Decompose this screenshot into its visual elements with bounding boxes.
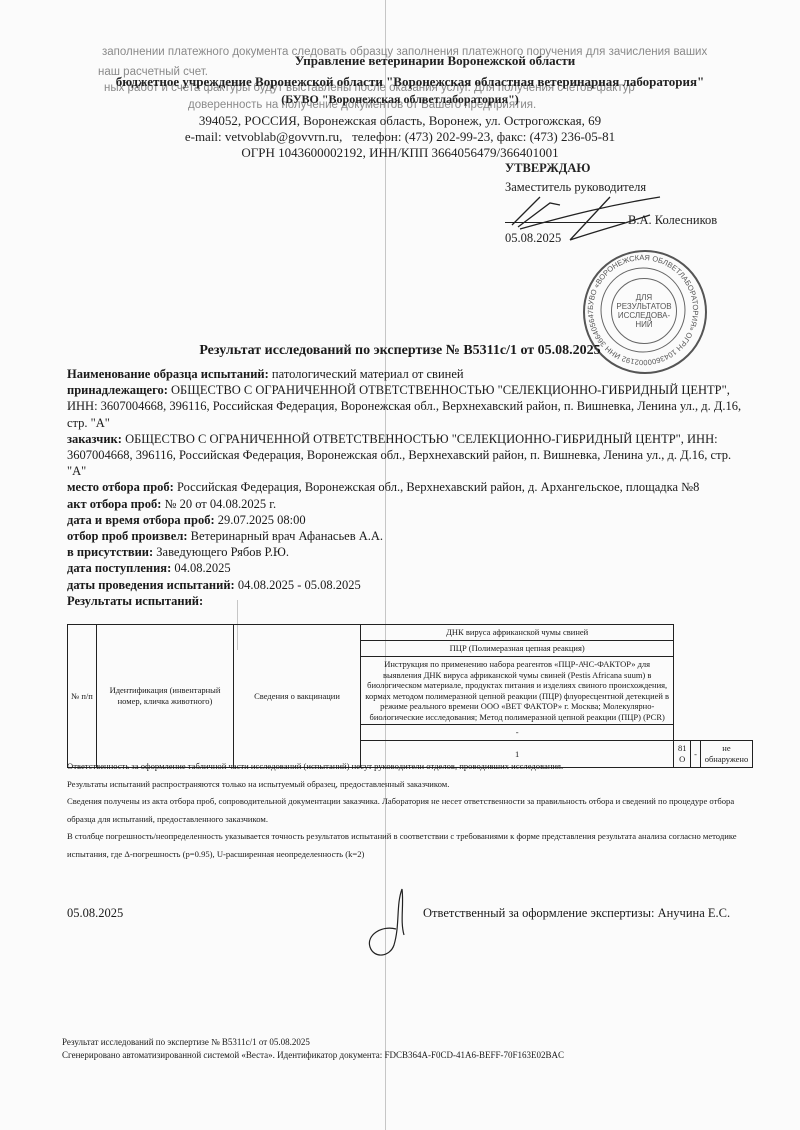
field-presence: в присутствии: Заведующего Рябов Р.Ю. <box>67 544 747 560</box>
document-page: заполнении платежного документа следоват… <box>0 0 800 1130</box>
field-results-heading: Результаты испытаний: <box>67 593 747 609</box>
approve-label: УТВЕРЖДАЮ <box>505 161 590 176</box>
field-test-dates: даты проведения испытаний: 04.08.2025 - … <box>67 577 747 593</box>
stamp-inner-text: ДЛЯ РЕЗУЛЬТАТОВ ИССЛЕДОВА- НИЙ <box>611 278 677 344</box>
email-label: e-mail: <box>185 129 222 144</box>
email-link[interactable]: vetvoblab@govvrn.ru, <box>225 129 342 144</box>
document-title: Результат исследований по экспертизе № В… <box>0 343 800 359</box>
field-customer: заказчик: ОБЩЕСТВО С ОГРАНИЧЕННОЙ ОТВЕТС… <box>67 431 747 480</box>
sample-info: Наименование образца испытаний: патологи… <box>67 366 747 609</box>
field-receipt-date: дата поступления: 04.08.2025 <box>67 560 747 576</box>
notes-block: Ответственность за оформление табличной … <box>67 758 757 863</box>
field-sample-name: Наименование образца испытаний: патологи… <box>67 366 747 382</box>
footer-title: Результат исследований по экспертизе № В… <box>62 1036 564 1049</box>
note: Результаты испытаний распространяются то… <box>67 776 757 794</box>
signoff-date: 05.08.2025 <box>67 906 123 921</box>
col-header-test-name: ДНК вируса африканской чумы свиней <box>361 625 674 641</box>
org-ogrn: ОГРН 1043600002192, ИНН/КПП 3664056479/3… <box>0 145 800 161</box>
field-owner: принадлежащего: ОБЩЕСТВО С ОГРАНИЧЕННОЙ … <box>67 382 747 431</box>
org-short-name: (БУВО "Воронежская облветлаборатория") <box>0 92 800 107</box>
col-header-uncertainty: - <box>361 725 674 741</box>
document-footer: Результат исследований по экспертизе № В… <box>62 1036 564 1062</box>
col-header-vaccination: Сведения о вакцинации <box>234 625 361 768</box>
responsible-signature <box>360 885 430 965</box>
field-sampling-act: акт отбора проб: № 20 от 04.08.2025 г. <box>67 496 747 512</box>
field-sampled-by: отбор проб произвел: Ветеринарный врач А… <box>67 528 747 544</box>
results-table: № п/п Идентификация (инвентарный номер, … <box>67 624 753 768</box>
col-header-method-doc: Инструкция по применению набора реагенто… <box>361 657 674 725</box>
note: Ответственность за оформление табличной … <box>67 758 757 776</box>
field-sampling-datetime: дата и время отбора проб: 29.07.2025 08:… <box>67 512 747 528</box>
org-name: бюджетное учреждение Воронежской области… <box>10 74 800 90</box>
org-phones: телефон: (473) 202-99-23, факс: (473) 23… <box>352 129 615 144</box>
note: В столбце погрешность/неопределенность у… <box>67 828 757 863</box>
col-header-method: ПЦР (Полимеразная цепная реакция) <box>361 641 674 657</box>
footer-generated-id: Сгенерировано автоматизированной системо… <box>62 1049 564 1062</box>
col-header-identification: Идентификация (инвентарный номер, кличка… <box>97 625 234 768</box>
org-address: 394052, РОССИЯ, Воронежская область, Вор… <box>0 113 800 129</box>
approver-signature <box>500 185 670 255</box>
org-parent: Управление ветеринарии Воронежской облас… <box>35 53 800 69</box>
responsible-person: Ответственный за оформление экспертизы: … <box>423 906 730 921</box>
field-sampling-place: место отбора проб: Российская Федерация,… <box>67 479 747 495</box>
note: Сведения получены из акта отбора проб, с… <box>67 793 757 828</box>
col-header-num: № п/п <box>68 625 97 768</box>
